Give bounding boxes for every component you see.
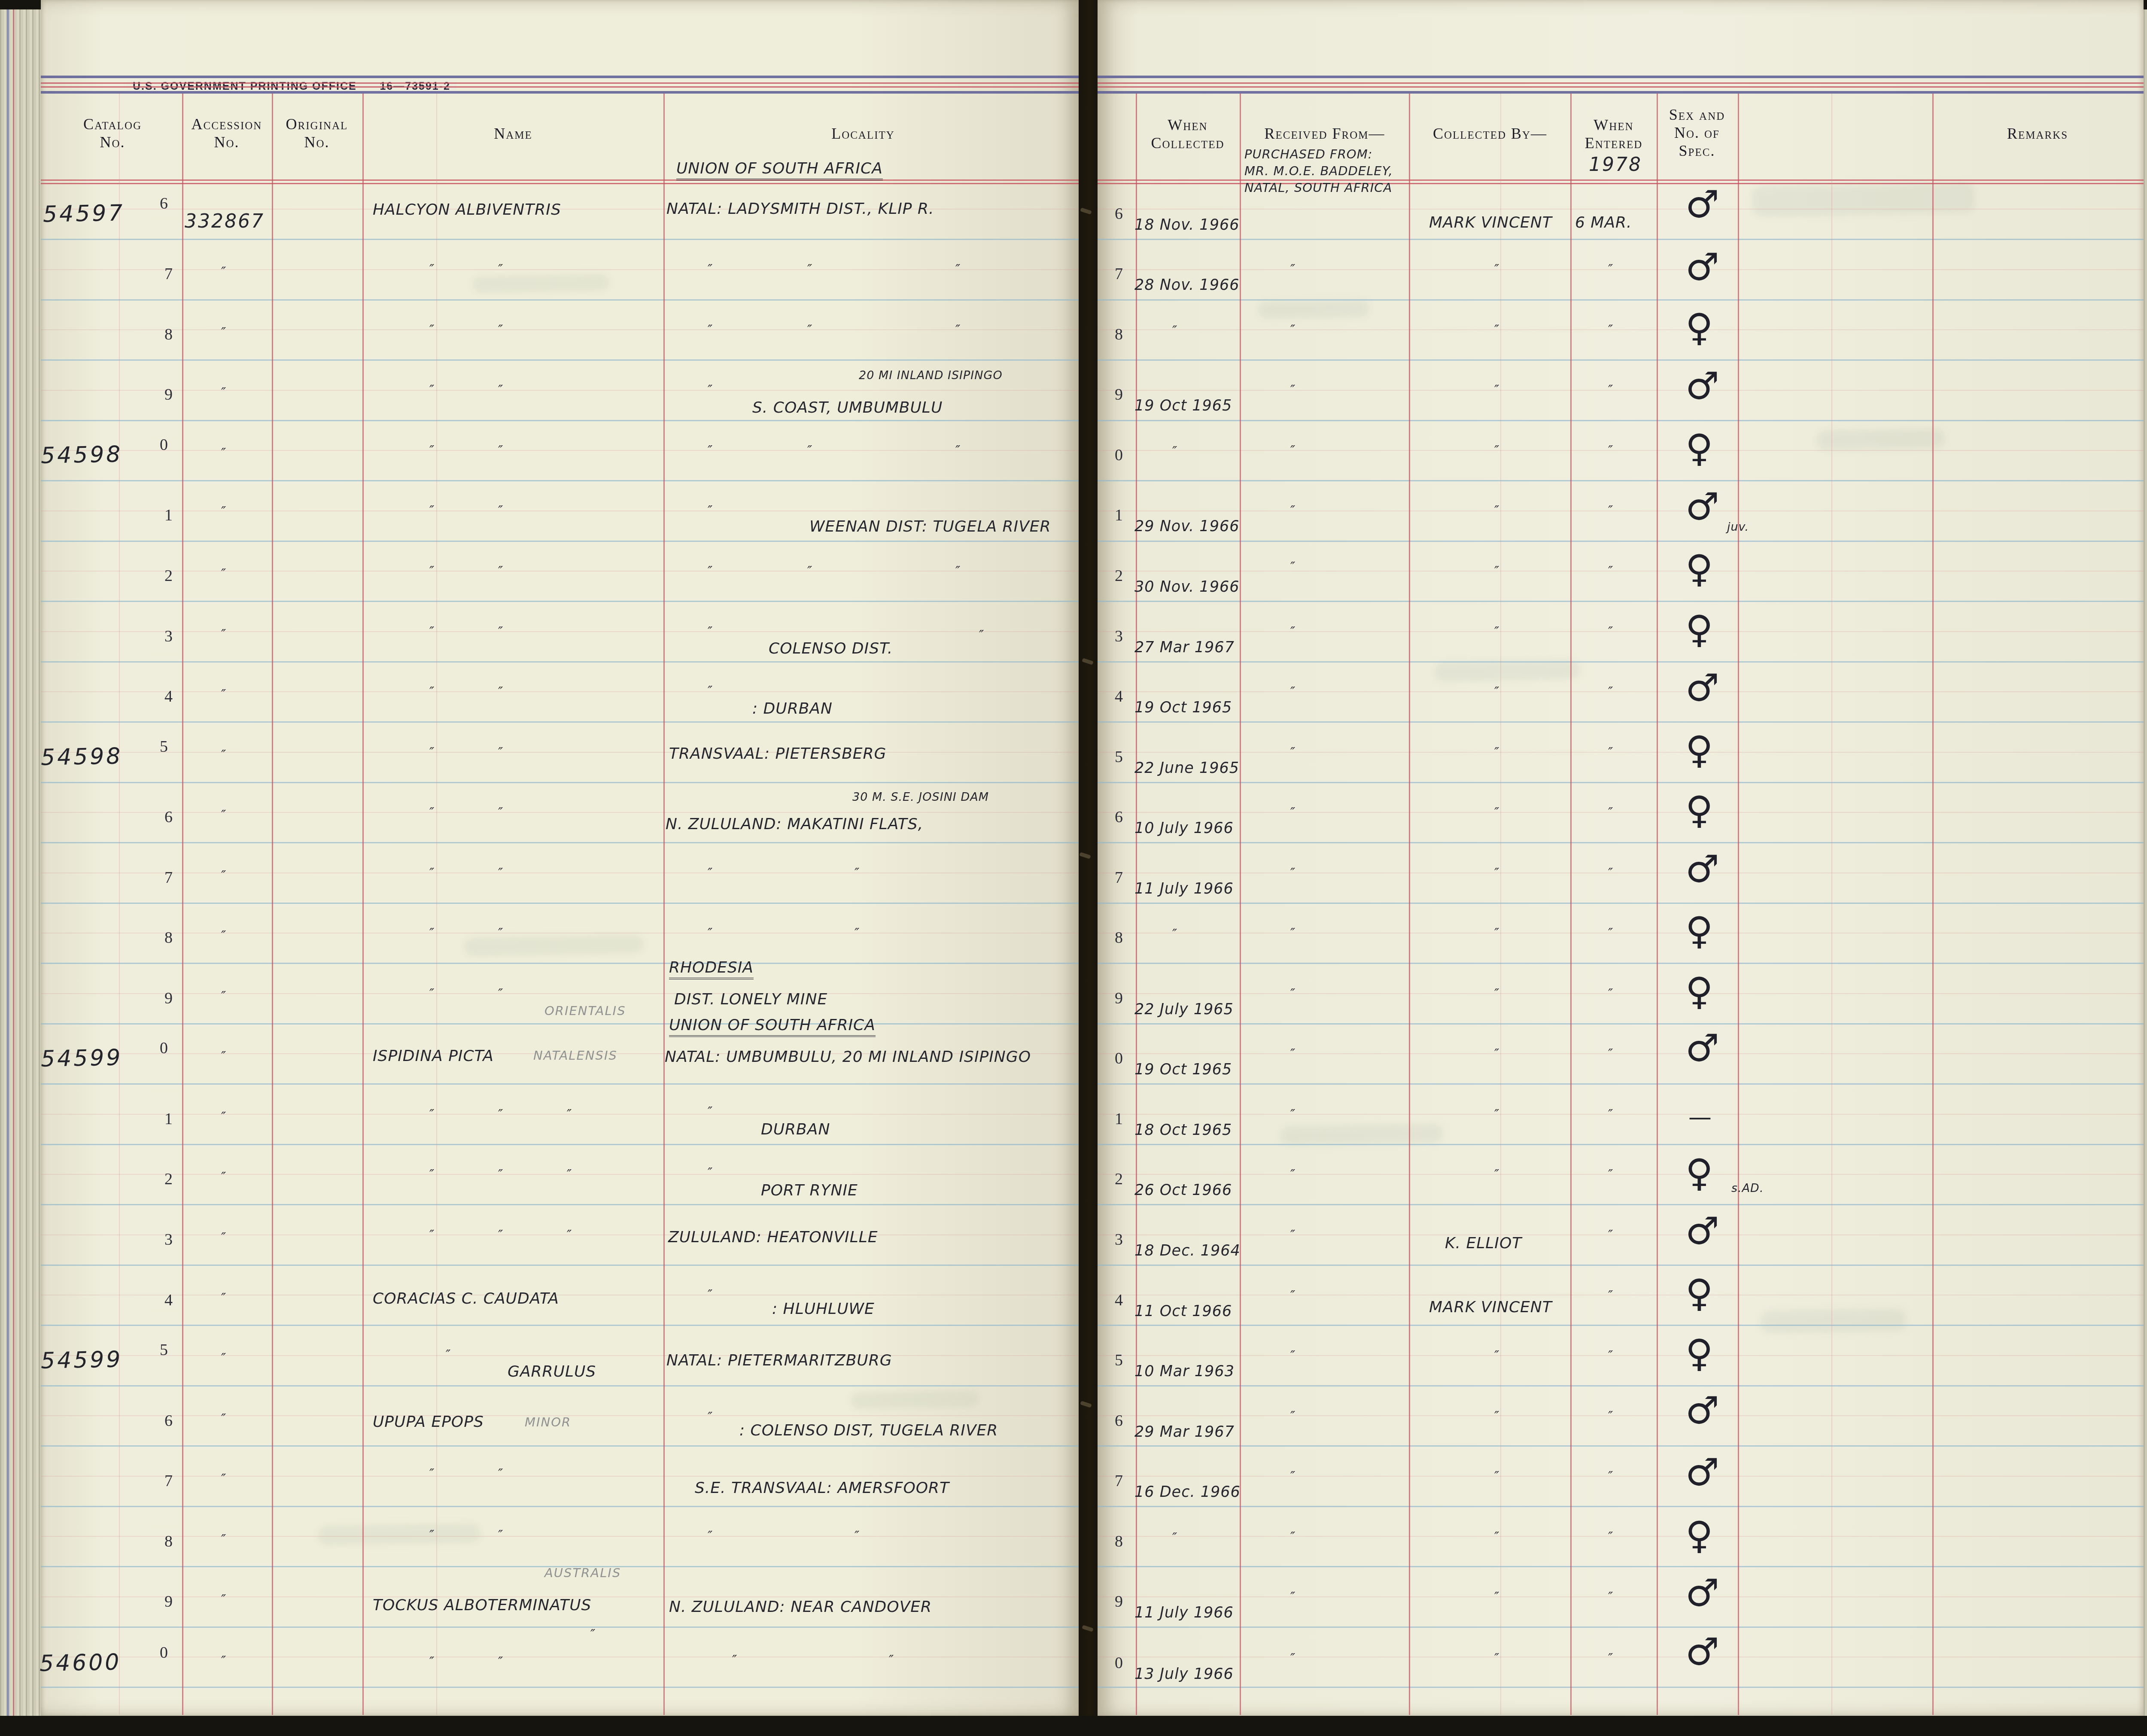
column-rule <box>436 94 437 1715</box>
ruled-line <box>1098 239 2144 240</box>
species-name: TOCKUS ALBOTERMINATUS <box>373 1596 591 1614</box>
ditto-mark: ″ <box>732 1653 737 1668</box>
ditto-mark: ″ <box>429 443 434 458</box>
ditto-mark: ″ <box>955 564 960 579</box>
date-collected: 18 Nov. 1966 <box>1134 216 1239 234</box>
catalog-number: 54598 <box>40 743 122 770</box>
column-rule <box>1657 94 1658 1715</box>
locality: DURBAN <box>761 1121 830 1138</box>
ruled-line <box>1098 1566 2144 1567</box>
locality: NATAL: UMBUMBULU, 20 MI INLAND ISIPINGO <box>665 1048 1031 1066</box>
ditto-mark: ″ <box>498 443 503 458</box>
ditto-mark: ″ <box>567 1107 572 1122</box>
ditto-mark: ″ <box>429 745 434 760</box>
female-symbol: ♀ <box>1685 909 1713 953</box>
ditto-mark: ″ <box>498 684 503 699</box>
printed-row-digit: 0 <box>160 1643 168 1662</box>
ditto-mark: ″ <box>1290 926 1295 941</box>
ditto-mark: ″ <box>429 684 434 699</box>
ruled-line <box>41 1445 1079 1447</box>
male-symbol: ♂ <box>1685 364 1719 408</box>
column-rule <box>1831 94 1832 1715</box>
ditto-mark: ″ <box>708 383 712 398</box>
catalog-number: 54600 <box>39 1649 121 1676</box>
printed-row-digit: 6 <box>1115 1411 1123 1430</box>
date-collected: 11 July 1966 <box>1134 1604 1234 1621</box>
ruled-line <box>41 82 1079 84</box>
ditto-mark: ″ <box>1494 1107 1499 1122</box>
ditto-mark: ″ <box>955 443 960 458</box>
ditto-mark: ″ <box>955 322 960 337</box>
ditto-mark: ″ <box>1494 986 1499 1001</box>
printed-row-digit: 6 <box>1115 204 1123 223</box>
ruled-line <box>1098 1234 2144 1235</box>
ditto-mark: ″ <box>498 1107 503 1122</box>
ditto-mark: ″ <box>221 1411 226 1426</box>
ditto-mark: ″ <box>1290 1167 1295 1182</box>
ditto-mark: ″ <box>1290 443 1295 458</box>
ruled-line <box>41 91 1079 94</box>
ruled-line <box>1098 933 2144 933</box>
year-entered: 1978 <box>1589 154 1642 176</box>
printed-row-digit: 3 <box>164 627 173 646</box>
ditto-mark: ″ <box>429 322 434 337</box>
date-collected: 19 Oct 1965 <box>1134 1061 1232 1078</box>
ditto-mark: ″ <box>1608 684 1613 699</box>
ditto-mark: ″ <box>498 1466 503 1481</box>
ruled-line <box>1098 963 2144 964</box>
ruled-line <box>1098 1385 2144 1386</box>
printed-row-digit: 9 <box>164 1592 173 1611</box>
bleed-through-smudge <box>850 1390 979 1409</box>
ditto-mark: ″ <box>567 1228 572 1243</box>
ditto-mark: ″ <box>708 1104 712 1119</box>
date-collected: 18 Oct 1965 <box>1134 1122 1232 1139</box>
female-symbol: ♀ <box>1685 1331 1713 1375</box>
binding-stitch <box>1082 1625 1094 1632</box>
ruled-line <box>41 1265 1079 1266</box>
ruled-line <box>41 1174 1079 1175</box>
bleed-through-smudge <box>1434 660 1581 681</box>
ditto-mark: ″ <box>1290 1228 1295 1243</box>
ditto-mark: ″ <box>1494 1651 1499 1666</box>
ruled-line <box>41 450 1079 451</box>
ruled-line <box>41 269 1079 270</box>
ditto-mark: ″ <box>221 566 226 581</box>
ruled-line <box>1098 329 2144 330</box>
ditto-mark: ″ <box>498 503 503 518</box>
ditto-mark: ″ <box>1608 1167 1613 1182</box>
ruled-line <box>41 1385 1079 1386</box>
ditto-mark: ″ <box>1290 624 1295 639</box>
ruled-line <box>1098 1536 2144 1537</box>
male-symbol: ♂ <box>1685 1450 1719 1494</box>
ditto-mark: ″ <box>498 383 503 398</box>
bleed-through-smudge <box>318 1523 481 1546</box>
ditto-mark: ″ <box>1608 564 1613 579</box>
ruled-line <box>1098 661 2144 663</box>
ruled-line <box>41 1476 1079 1477</box>
ditto-mark: ″ <box>221 325 226 340</box>
column-rule <box>1409 94 1410 1715</box>
ruled-line <box>1098 209 2144 210</box>
locality: ZULULAND: HEATONVILLE <box>668 1228 878 1246</box>
ditto-mark: ″ <box>1290 1288 1295 1303</box>
ruled-line <box>1098 631 2144 632</box>
ditto-mark: ″ <box>708 926 712 941</box>
ditto-mark: ″ <box>855 926 859 941</box>
ditto-mark: ″ <box>955 262 960 277</box>
ditto-mark: ″ <box>708 1287 712 1302</box>
date-collected: 26 Oct 1966 <box>1134 1182 1232 1199</box>
catalog-number: 54599 <box>40 1045 122 1072</box>
locality: S.E. TRANSVAAL: AMERSFOORT <box>695 1479 949 1497</box>
ruled-line <box>41 812 1079 813</box>
ditto-mark: ″ <box>1290 262 1295 277</box>
ditto-mark: ″ <box>1494 383 1499 398</box>
printed-row-digit: 7 <box>164 868 173 887</box>
collector-name: MARK VINCENT <box>1429 1298 1552 1316</box>
ditto-mark: ″ <box>221 1230 226 1245</box>
ditto-mark: ″ <box>1172 1530 1177 1545</box>
male-symbol: ♂ <box>1685 666 1719 710</box>
ditto-mark: ″ <box>1290 322 1295 337</box>
printed-row-digit: 2 <box>164 566 173 585</box>
ditto-mark: ″ <box>1608 1046 1613 1061</box>
ruled-line <box>1098 82 2144 84</box>
ditto-mark: ″ <box>1608 1409 1613 1424</box>
ruled-line <box>41 1506 1079 1507</box>
ditto-mark: ″ <box>221 808 226 823</box>
ditto-mark: ″ <box>1608 262 1613 277</box>
ditto-mark: ″ <box>1290 805 1295 820</box>
column-rule <box>1240 94 1241 1715</box>
ruled-line <box>41 420 1079 421</box>
species-name: CORACIAS C. CAUDATA <box>373 1290 559 1307</box>
ruled-line <box>1098 1083 2144 1085</box>
ditto-mark: ″ <box>429 383 434 398</box>
locality: WEENAN DIST: TUGELA RIVER <box>809 518 1051 535</box>
ruled-line <box>1098 1596 2144 1597</box>
ditto-mark: ″ <box>1608 1469 1613 1484</box>
printed-row-digit: 4 <box>1115 687 1123 706</box>
ruled-line <box>1098 511 2144 511</box>
ruled-line <box>1098 420 2144 421</box>
ditto-mark: ″ <box>429 1654 434 1669</box>
locality: NATAL: PIETERMARITZBURG <box>666 1352 892 1369</box>
ditto-mark: ″ <box>1494 926 1499 941</box>
printed-row-digit: 7 <box>1115 1471 1123 1490</box>
ditto-mark: ″ <box>221 868 226 883</box>
printed-row-digit: 0 <box>1115 1049 1123 1068</box>
ditto-mark: ″ <box>429 1466 434 1481</box>
printed-row-digit: 2 <box>1115 566 1123 585</box>
date-collected: 19 Oct 1965 <box>1134 397 1232 414</box>
column-header: Remarks <box>1952 125 2123 143</box>
ditto-mark: ″ <box>1608 1288 1613 1303</box>
catalog-number: 54597 <box>43 200 125 227</box>
date-collected: 16 Dec. 1966 <box>1134 1484 1241 1501</box>
ruled-line <box>1098 812 2144 813</box>
locality: TRANSVAAL: PIETERSBERG <box>669 745 887 763</box>
date-collected: 10 July 1966 <box>1134 820 1234 837</box>
printed-row-digit: 8 <box>164 325 173 344</box>
date-collected: 11 July 1966 <box>1134 880 1234 897</box>
printed-row-digit: 8 <box>164 1532 173 1551</box>
ditto-mark: ″ <box>1608 1107 1613 1122</box>
locality-heading: RHODESIA <box>669 959 754 979</box>
printed-row-digit: 2 <box>164 1170 173 1189</box>
column-rule <box>1738 94 1739 1715</box>
bleed-through-smudge <box>1816 428 1946 450</box>
ditto-mark: ″ <box>1494 503 1499 518</box>
ruled-line <box>41 1295 1079 1295</box>
column-header: Sex and No. of Spec. <box>1611 106 1783 160</box>
printed-row-digit: 7 <box>164 1471 173 1490</box>
locality: : HLUHLUWE <box>772 1300 875 1318</box>
ditto-mark: ″ <box>708 564 712 579</box>
ruled-line <box>41 691 1079 692</box>
column-header: Name <box>427 125 599 143</box>
ditto-mark: ″ <box>1494 1046 1499 1061</box>
ruled-line <box>41 1536 1079 1537</box>
ruled-line <box>41 1657 1079 1657</box>
scanned-ledger-spread: U.S. GOVERNMENT PRINTING OFFICE 16—73591… <box>0 0 2147 1736</box>
received-from-note: PURCHASED FROM: MR. M.O.E. BADDELEY, NAT… <box>1244 146 1393 196</box>
ditto-mark: ″ <box>1290 1046 1295 1061</box>
printed-row-digit: 1 <box>1115 506 1123 525</box>
ditto-mark: ″ <box>708 1529 712 1544</box>
ruled-line <box>41 933 1079 933</box>
male-symbol: ♂ <box>1685 1571 1719 1615</box>
ditto-mark: ″ <box>1290 986 1295 1001</box>
ruled-line <box>1098 1687 2144 1688</box>
ditto-mark: ″ <box>498 805 503 820</box>
ruled-line <box>1098 76 2144 78</box>
ruled-line <box>1098 1114 2144 1115</box>
ruled-line <box>41 842 1079 843</box>
species-name: GARRULUS <box>508 1363 596 1380</box>
ditto-mark: ″ <box>221 627 226 642</box>
ruled-line <box>41 1023 1079 1025</box>
ditto-mark: ″ <box>807 262 812 277</box>
ruled-line <box>1098 571 2144 572</box>
ditto-mark: ″ <box>221 748 226 763</box>
date-collected: 13 July 1966 <box>1134 1666 1234 1683</box>
ditto-mark: ″ <box>708 684 712 699</box>
ditto-mark: ″ <box>1290 559 1295 575</box>
ditto-mark: ″ <box>1494 684 1499 699</box>
age-note: juv. <box>1727 520 1749 534</box>
ditto-mark: ″ <box>429 1107 434 1122</box>
ditto-mark: ″ <box>1608 383 1613 398</box>
date-collected: 22 July 1965 <box>1134 1001 1234 1018</box>
binding-stitch <box>1082 658 1094 665</box>
ditto-mark: ″ <box>221 385 226 400</box>
printed-row-digit: 9 <box>1115 989 1123 1008</box>
ditto-mark: ″ <box>1290 1529 1295 1544</box>
ruled-line <box>1098 1295 2144 1295</box>
date-entered: 6 MAR. <box>1575 214 1632 231</box>
ditto-mark: ″ <box>1608 1228 1613 1243</box>
printed-row-digit: 9 <box>1115 385 1123 404</box>
date-collected: 29 Mar 1967 <box>1134 1423 1235 1441</box>
ruled-line <box>41 963 1079 964</box>
ruled-line <box>41 299 1079 301</box>
printed-row-digit: 0 <box>1115 1654 1123 1672</box>
ruled-line <box>41 661 1079 663</box>
ledger-content-layer: U.S. GOVERNMENT PRINTING OFFICE 16—73591… <box>0 0 2147 1736</box>
ruled-line <box>1098 873 2144 873</box>
ditto-mark: ″ <box>855 1529 859 1544</box>
ditto-mark: ″ <box>429 262 434 277</box>
ditto-mark: ″ <box>498 866 503 881</box>
ditto-mark: ″ <box>1494 866 1499 881</box>
ditto-mark: ″ <box>221 265 226 280</box>
ditto-mark: ″ <box>1608 1651 1613 1666</box>
ditto-mark: ″ <box>221 1049 226 1064</box>
printed-row-digit: 2 <box>1115 1170 1123 1189</box>
ruled-line <box>1098 903 2144 904</box>
male-symbol: ♂ <box>1685 1026 1719 1070</box>
ditto-mark: ″ <box>1608 866 1613 881</box>
ruled-line <box>1098 721 2144 723</box>
ditto-mark: ″ <box>1608 986 1613 1001</box>
ruled-line <box>41 601 1079 602</box>
ditto-mark: ″ <box>708 443 712 458</box>
ditto-mark: ″ <box>221 1291 226 1306</box>
printed-row-digit: 8 <box>1115 325 1123 344</box>
ditto-mark: ″ <box>221 989 226 1004</box>
male-symbol: ♂ <box>1685 245 1719 289</box>
bleed-through-smudge <box>1752 182 1975 216</box>
ruled-line <box>1098 993 2144 994</box>
locality: N. ZULULAND: MAKATINI FLATS, <box>666 815 923 833</box>
ruled-line <box>1098 1657 2144 1657</box>
column-rule <box>1570 94 1572 1715</box>
ditto-mark: ″ <box>1608 322 1613 337</box>
ditto-mark: ″ <box>221 504 226 519</box>
printed-row-digit: 5 <box>1115 748 1123 766</box>
ruled-line <box>41 1114 1079 1115</box>
ruled-line <box>1098 1415 2144 1416</box>
printed-row-digit: 4 <box>1115 1291 1123 1310</box>
ditto-mark: ″ <box>1290 1409 1295 1424</box>
ruled-line <box>1098 842 2144 843</box>
column-rule <box>1500 94 1501 1715</box>
ditto-mark: ″ <box>498 745 503 760</box>
locality: : DURBAN <box>752 700 833 718</box>
printed-row-digit: 8 <box>1115 1532 1123 1551</box>
ditto-mark: ″ <box>498 1654 503 1669</box>
ruled-line <box>41 631 1079 632</box>
ditto-mark: ″ <box>446 1347 450 1362</box>
ruled-line <box>1098 1325 2144 1326</box>
ditto-mark: ″ <box>1494 1167 1499 1182</box>
ditto-mark: ″ <box>498 1528 503 1543</box>
ditto-mark: ″ <box>1608 805 1613 820</box>
printed-row-digit: 3 <box>1115 1230 1123 1249</box>
ruled-line <box>41 1144 1079 1145</box>
ditto-mark: ″ <box>708 322 712 337</box>
collector-name: MARK VINCENT <box>1429 214 1552 231</box>
printed-row-digit: 7 <box>1115 868 1123 887</box>
locality: S. COAST, UMBUMBULU <box>752 399 943 417</box>
ditto-mark: ″ <box>1290 1348 1295 1363</box>
locality: : COLENSO DIST, TUGELA RIVER <box>739 1422 998 1439</box>
ditto-mark: ″ <box>1608 745 1613 760</box>
printed-row-digit: 5 <box>160 737 168 756</box>
date-collected: 11 Oct 1966 <box>1134 1303 1232 1320</box>
ditto-mark: ″ <box>889 1653 894 1668</box>
ruled-line <box>41 480 1079 481</box>
ditto-mark: ″ <box>498 1228 503 1243</box>
ruled-line <box>1098 1174 2144 1175</box>
ruled-line <box>41 1083 1079 1085</box>
ruled-line <box>41 76 1079 78</box>
printed-row-digit: 3 <box>1115 627 1123 646</box>
ruled-line <box>41 782 1079 783</box>
date-collected: 30 Nov. 1966 <box>1134 578 1239 596</box>
ruled-line <box>1098 541 2144 542</box>
ditto-mark: ″ <box>1290 1651 1295 1666</box>
ditto-mark: ″ <box>1494 1590 1499 1605</box>
column-rule <box>182 94 183 1715</box>
ruled-line <box>41 1355 1079 1356</box>
ditto-mark: ″ <box>979 628 984 643</box>
date-collected: 10 Mar 1963 <box>1134 1363 1235 1380</box>
ruled-line <box>1098 1204 2144 1205</box>
locality-heading: UNION OF SOUTH AFRICA <box>676 160 883 180</box>
age-note: s.AD. <box>1731 1182 1764 1195</box>
ditto-mark: ″ <box>429 503 434 518</box>
ditto-mark: ″ <box>1290 866 1295 881</box>
binding-stitch <box>1079 852 1091 859</box>
printed-row-digit: 0 <box>160 435 168 454</box>
female-symbol: ♀ <box>1685 305 1713 350</box>
ditto-mark: ″ <box>1494 624 1499 639</box>
collector-name: K. ELLIOT <box>1445 1234 1522 1252</box>
female-symbol: ♀ <box>1685 788 1713 832</box>
printed-row-digit: 5 <box>1115 1351 1123 1370</box>
ruled-line <box>41 239 1079 240</box>
ruled-line <box>41 86 1079 88</box>
printed-row-digit: 9 <box>164 385 173 404</box>
printed-row-digit: 0 <box>160 1039 168 1058</box>
species-name: UPUPA EPOPS <box>373 1413 484 1431</box>
bleed-through-smudge <box>1280 1124 1443 1146</box>
ditto-mark: ″ <box>1172 444 1177 459</box>
ditto-mark: ″ <box>498 1167 503 1182</box>
ditto-mark: ″ <box>221 446 226 461</box>
ruled-line <box>1098 91 2144 94</box>
ditto-mark: ″ <box>1172 927 1177 942</box>
ditto-mark: ″ <box>1608 926 1613 941</box>
printed-row-digit: 1 <box>1115 1110 1123 1128</box>
ditto-mark: ″ <box>429 866 434 881</box>
printed-row-digit: 9 <box>1115 1592 1123 1611</box>
ditto-mark: ″ <box>567 1167 572 1182</box>
male-symbol: ♂ <box>1685 847 1719 891</box>
ditto-mark: ″ <box>429 926 434 941</box>
locality: N. ZULULAND: NEAR CANDOVER <box>669 1598 932 1616</box>
female-symbol: ♀ <box>1685 607 1713 651</box>
ruled-line <box>41 179 1079 181</box>
ditto-mark: ″ <box>1494 262 1499 277</box>
ditto-mark: ″ <box>708 866 712 881</box>
ruled-line <box>1098 450 2144 451</box>
binding-stitch <box>1080 1401 1092 1408</box>
